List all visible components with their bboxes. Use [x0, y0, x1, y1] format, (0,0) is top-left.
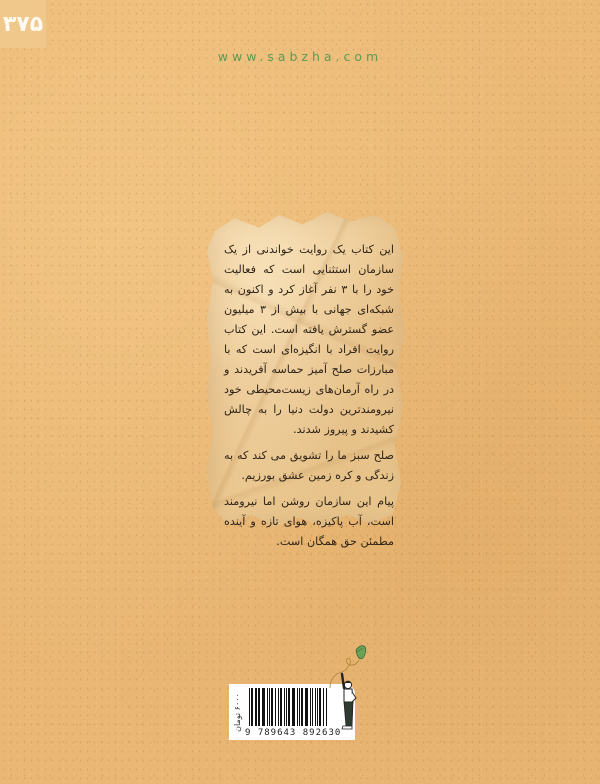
blurb-paragraph: صلح سبز ما را تشویق می کند که به زندگی و… [224, 446, 394, 486]
series-number: ۳۷۵ [3, 12, 43, 37]
series-number-badge: ۳۷۵ [0, 0, 46, 48]
price-text: ۶۰۰۰ تومان [233, 693, 242, 732]
person-holding-leaf-balloon-icon [322, 640, 372, 740]
blurb-paragraph: این کتاب یک روایت خواندنی از یک سازمان ا… [224, 240, 394, 440]
back-cover-blurb: این کتاب یک روایت خواندنی از یک سازمان ا… [224, 240, 394, 552]
publisher-website: www.sabzha.com [0, 49, 600, 64]
blurb-paragraph: پیام این سازمان روشن اما نیرومند است، آب… [224, 492, 394, 552]
price-label: ۶۰۰۰ تومان [231, 688, 243, 736]
